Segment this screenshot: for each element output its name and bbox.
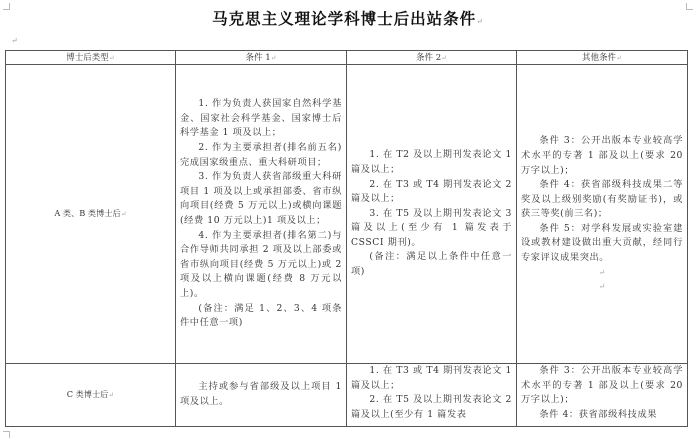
condition-item: 1. 在 T2 及以上期刊发表论文 1 篇及以上； <box>351 148 512 177</box>
condition-item: 条件 4：获省部级科技成果 <box>521 408 683 423</box>
cell-condition-2: 1. 在 T2 及以上期刊发表论文 1 篇及以上； 2. 在 T3 或 T4 期… <box>347 65 517 364</box>
cell-postdoc-type: A 类、B 类博士后↵ <box>6 65 176 364</box>
condition-item: 1. 在 T3 或 T4 期刊发表论文 1 篇及以上； <box>351 364 512 393</box>
condition-item: 条件 3：公开出版本专业较高学术水平的专著 1 部及以上(要求 20 万字以上)… <box>521 364 683 408</box>
table-row: C 类博士后↵ 主持或参与省部级及以上项目 1 项及以上。 1. 在 T3 或 … <box>6 364 688 427</box>
paragraph-mark-icon: ↵ <box>11 36 18 45</box>
condition-item: 条件 3：公开出版本专业较高学术水平的专著 1 部及以上(要求 20 万字以上)… <box>521 134 683 178</box>
table-header-row: 博士后类型↵ 条件 1↵ 条件 2↵ 其他条件↵ <box>6 51 688 65</box>
cell-condition-2: 1. 在 T3 或 T4 期刊发表论文 1 篇及以上； 2. 在 T5 及以上期… <box>347 364 517 427</box>
paragraph-mark-icon: ↵ <box>521 266 683 280</box>
cell-postdoc-type: C 类博士后↵ <box>6 364 176 427</box>
condition-item: 2. 在 T3 或 T4 期刊发表论文 2 篇及以上； <box>351 178 512 207</box>
document-title-text: 马克思主义理论学科博士后出站条件 <box>212 9 476 28</box>
paragraph-mark-icon: ↵ <box>476 17 484 26</box>
condition-item: 3. 作为负责人获省部级重大科研项目 1 项及以上或承担部委、省市纵向项目(经费… <box>180 170 342 228</box>
header-condition-1: 条件 1↵ <box>176 51 347 65</box>
cell-condition-1: 1. 作为负责人获国家自然科学基金、国家社会科学基金、国家博士后科学基金 1 项… <box>176 65 347 364</box>
condition-note: (备注：满足以上条件中任意一项) <box>351 250 512 279</box>
cell-other-conditions: 条件 3：公开出版本专业较高学术水平的专著 1 部及以上(要求 20 万字以上)… <box>517 364 688 427</box>
header-condition-2: 条件 2↵ <box>347 51 517 65</box>
page-corner-mark <box>3 431 10 438</box>
condition-item: 条件 4：获省部级科技成果二等奖及以上级别奖励(有奖励证书)，或获三等奖(前三名… <box>521 178 683 222</box>
condition-item: 2. 作为主要承担者(排名前五名)完成国家级重点、重大科研项目； <box>180 141 342 170</box>
condition-item: 主持或参与省部级及以上项目 1 项及以上。 <box>180 380 342 409</box>
condition-note: (备注：满足 1、2、3、4 项条件中任意一项) <box>180 302 342 331</box>
condition-item: 1. 作为负责人获国家自然科学基金、国家社会科学基金、国家博士后科学基金 1 项… <box>180 97 342 141</box>
table-row: A 类、B 类博士后↵ 1. 作为负责人获国家自然科学基金、国家社会科学基金、国… <box>6 65 688 364</box>
condition-item: 2. 在 T5 及以上期刊发表论文 2 篇及以上(至少有 1 篇发表 <box>351 393 512 422</box>
postdoc-conditions-table: 博士后类型↵ 条件 1↵ 条件 2↵ 其他条件↵ A 类、B 类博士后↵ 1. … <box>5 50 688 427</box>
condition-item: 4. 作为主要承担者(排名第二)与合作导师共同承担 2 项及以上部委或省市纵向项… <box>180 229 342 302</box>
cell-other-conditions: 条件 3：公开出版本专业较高学术水平的专著 1 部及以上(要求 20 万字以上)… <box>517 65 688 364</box>
paragraph-mark-icon: ↵ <box>521 280 683 294</box>
condition-item: 3. 在 T5 及以上期刊发表论文 3 篇及以上(至少有 1 篇发表于 CSSC… <box>351 207 512 251</box>
document-title: 马克思主义理论学科博士后出站条件↵ <box>0 7 696 29</box>
cell-condition-1: 主持或参与省部级及以上项目 1 项及以上。 <box>176 364 347 427</box>
header-other-conditions: 其他条件↵ <box>517 51 688 65</box>
header-postdoc-type: 博士后类型↵ <box>6 51 176 65</box>
condition-item: 条件 5：对学科发展或实验室建设或教材建设做出重大贡献，经同行专家评议成果突出。 <box>521 222 683 266</box>
